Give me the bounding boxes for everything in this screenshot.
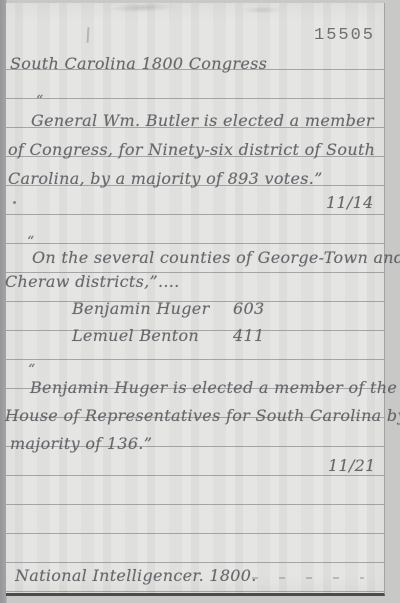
catalog-number-stamp: 15505 (314, 26, 375, 45)
entry1-line2: of Congress, for Ninety-six district of … (8, 140, 375, 159)
entry3-line3: majority of 136.” (10, 434, 152, 453)
entry3-date: 11/21 (328, 456, 376, 475)
entry2-line2: Cheraw districts,”.... (5, 272, 180, 291)
source-citation: National Intelligencer. 1800. (15, 566, 257, 585)
tally-name-huger: Benjamin Huger (72, 299, 210, 318)
entry1-date: 11/14 (326, 193, 374, 212)
entry3-line2: House of Representatives for South Carol… (5, 406, 400, 425)
entry2-line1: On the several counties of George-Town a… (32, 248, 400, 267)
entry1-open-quote: “ (36, 92, 43, 111)
tally-votes-benton: 411 (233, 326, 264, 345)
entry1-line3: Carolina, by a majority of 893 votes.” (8, 169, 323, 188)
tally-name-benton: Lemuel Benton (72, 326, 199, 345)
faint-trailing-marks (252, 577, 364, 579)
pencil-smudge (233, 5, 291, 15)
note-title: South Carolina 1800 Congress (10, 54, 267, 73)
scanned-note-card: 15505 South Carolina 1800 Congress “ Gen… (0, 0, 400, 603)
tally-votes-huger: 603 (233, 299, 264, 318)
stray-pencil-dot (13, 201, 16, 204)
entry1-line1: General Wm. Butler is elected a member (31, 111, 374, 130)
entry3-line1: Benjamin Huger is elected a member of th… (30, 378, 397, 397)
